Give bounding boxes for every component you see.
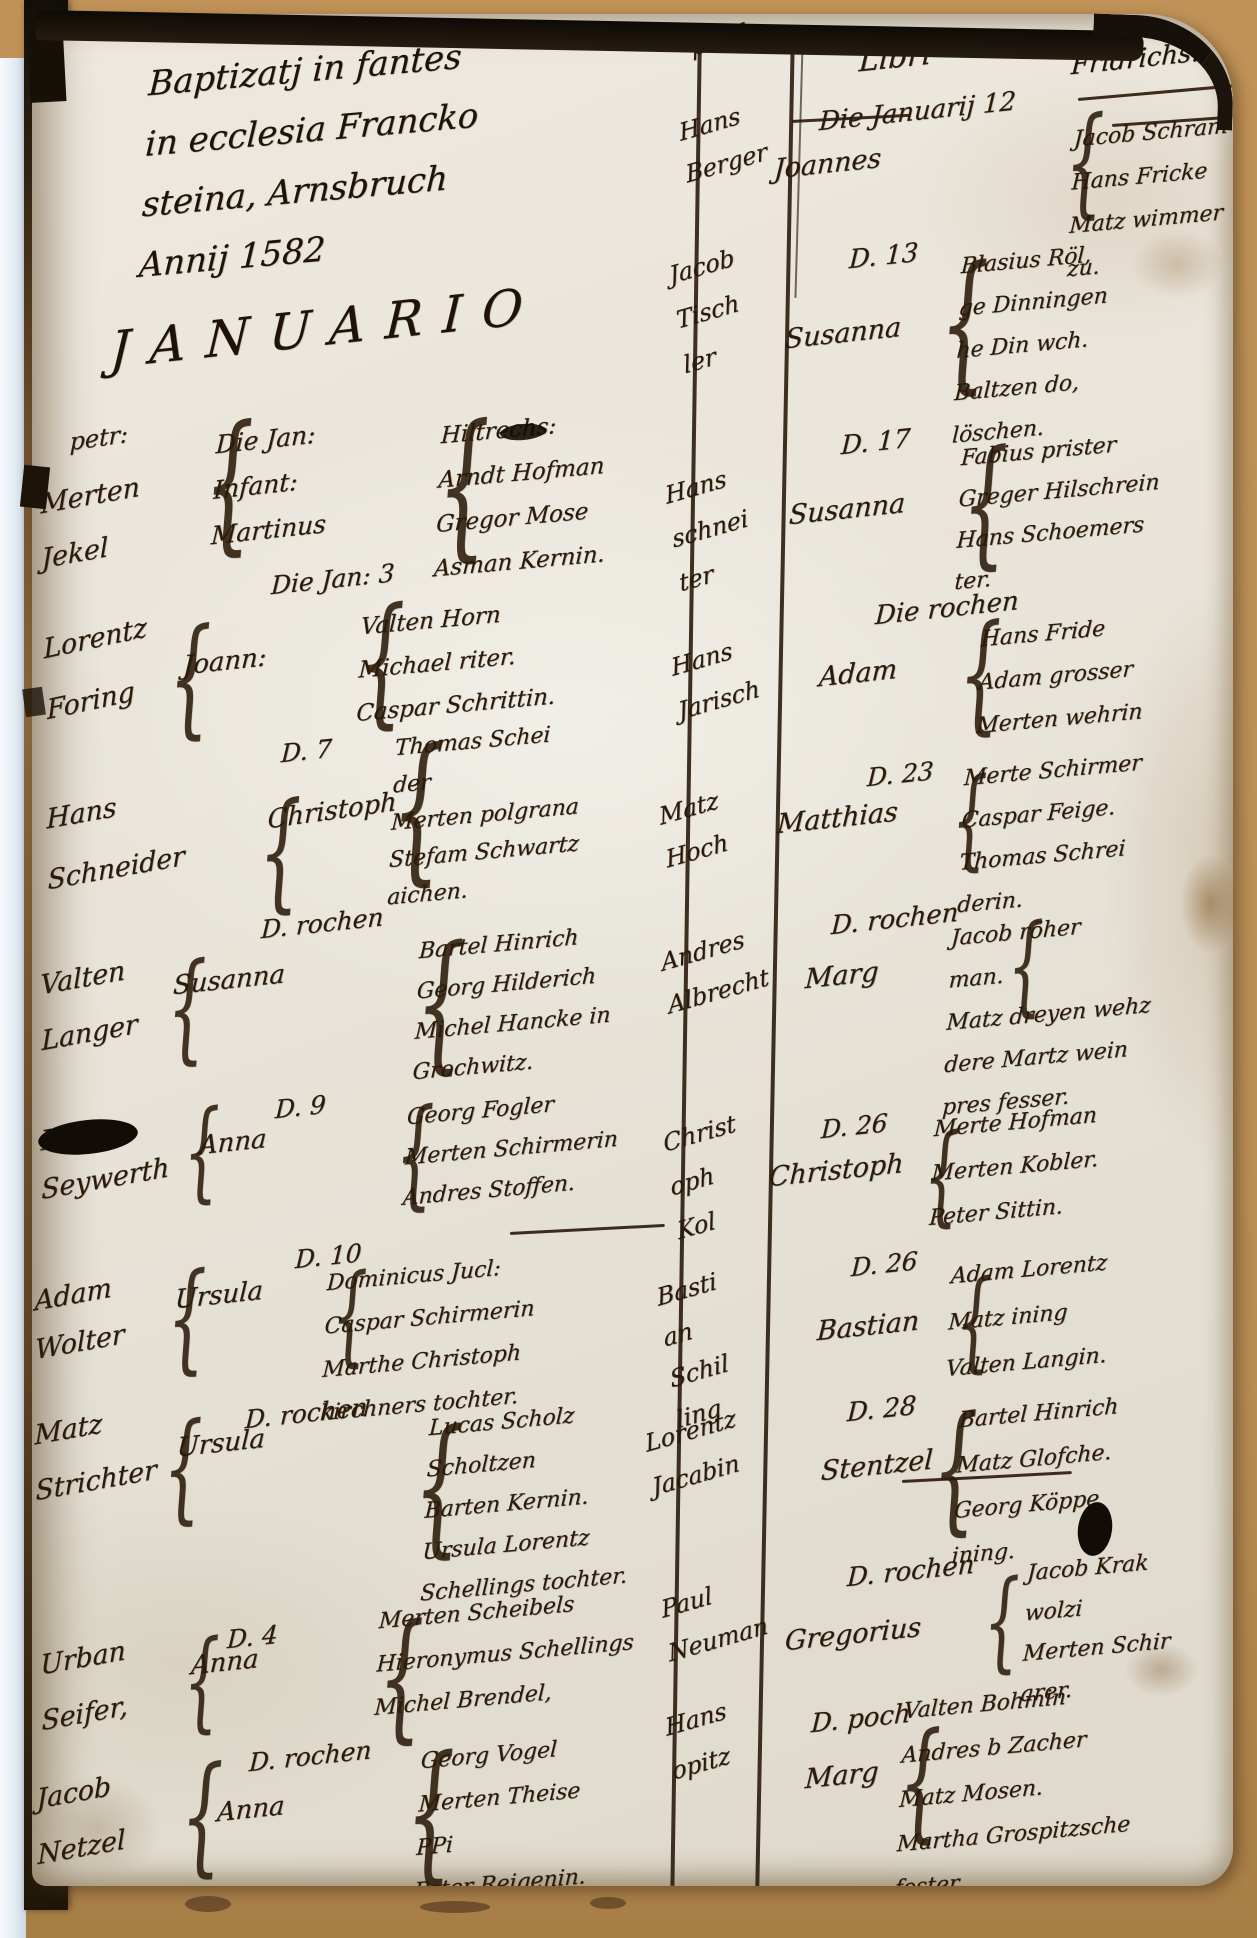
- middle-name: Jacob Tisch ler: [666, 235, 752, 388]
- entry-child: Joann:: [182, 639, 267, 686]
- entry-father: Adam Wolter: [34, 1262, 125, 1375]
- middle-name: Hans opitz: [662, 1689, 736, 1794]
- entry-margin-label: petr:: [69, 417, 128, 460]
- middle-name: Christ oph Kol: [660, 1101, 753, 1253]
- edge-nick: [22, 687, 46, 718]
- entry-witnesses: Adam Lorentz Matz ining Valten Langin.: [945, 1240, 1113, 1393]
- entry-child: Die Jan: Infant: Martinus: [210, 410, 332, 559]
- entry-witnesses: Hans Fride Adam grosser Merten wehrin: [975, 603, 1148, 748]
- middle-name: Hans schnei ter: [662, 452, 758, 605]
- entry-child: Gregorius: [784, 1608, 922, 1662]
- entry-date: D. 9: [274, 1087, 327, 1129]
- entry-child: Anna: [216, 1788, 285, 1833]
- entry-child: Anna: [190, 1641, 259, 1686]
- entry-child: Anna: [198, 1121, 267, 1166]
- entry-date: Die Januarij 12: [818, 83, 1017, 142]
- entry-child: Marg: [804, 952, 880, 999]
- edge-spot: [590, 1897, 626, 1909]
- entry-witnesses: Georg Fogler Merten Schirmerin Andres St…: [402, 1079, 621, 1219]
- entry-date: D. 13: [848, 235, 919, 280]
- entry-child: Stentzel: [820, 1440, 934, 1491]
- entry-date: D. rochen: [830, 895, 959, 946]
- entry-child: Susanna: [788, 484, 906, 536]
- entry-father: Hans Seywerth: [40, 1095, 170, 1215]
- edge-spot: [420, 1901, 490, 1913]
- entry-child: Matthias: [776, 792, 899, 844]
- middle-name: Hans Berger: [676, 89, 770, 196]
- entry-father: Jacob Netzel: [36, 1756, 126, 1883]
- entry-date: D. 7: [280, 731, 333, 773]
- background-paper-strip: [0, 58, 26, 1938]
- entry-witnesses: Valten Bohmin Andres b Zacher Matz Mosen…: [893, 1670, 1138, 1886]
- entry-date: D. rochen: [846, 1547, 975, 1598]
- middle-name: Matz Hoch: [656, 778, 731, 881]
- entry-father: Matz Strichter: [34, 1387, 157, 1520]
- edge-spot: [185, 1896, 231, 1912]
- page-corner-dark-edge: [1090, 14, 1236, 131]
- underline-stroke: [510, 1224, 665, 1235]
- entry-witnesses: Merte Hofman Merten Kobler. Peter Sittin…: [928, 1093, 1102, 1241]
- page-heading: Baptizatj in fantes in ecclesia Francko …: [137, 25, 483, 296]
- middle-name: Lorentz Jacabin: [642, 1396, 746, 1509]
- entry-father: Urban Seifer,: [40, 1623, 128, 1750]
- entry-date: D. 23: [866, 753, 934, 797]
- entry-child: Ursula: [176, 1421, 266, 1468]
- entry-child: Susanna: [784, 308, 902, 360]
- manuscript-page: Baptizatj in fantes in ecclesia Francko …: [32, 14, 1233, 1886]
- entry-date: D. 28: [846, 1388, 917, 1433]
- entry-witnesses: Georg Vogel Merten Theise PPi Peter Reig…: [413, 1725, 594, 1886]
- middle-name: Hans Jarisch: [668, 623, 763, 734]
- entry-child: Bastian: [816, 1301, 920, 1351]
- entry-child: Marg: [804, 1752, 880, 1799]
- entry-father: Merten Jekel: [40, 461, 141, 588]
- scanned-register-photo: { "document": { "heading": "Baptizatj in…: [0, 0, 1257, 1938]
- entry-witnesses: Bartel Hinrich Georg Hilderich Michel Ha…: [412, 915, 616, 1093]
- brace-icon: {: [982, 1566, 1023, 1677]
- entry-child: Adam: [818, 650, 898, 698]
- entry-child: Ursula: [174, 1273, 264, 1320]
- entry-witnesses: Merten Scheibels Hieronymus Schellings M…: [373, 1578, 637, 1731]
- entry-date: D. 26: [820, 1105, 888, 1149]
- entry-father: Hans Schneider: [46, 766, 185, 912]
- stain: [1180, 854, 1233, 954]
- entry-witnesses: Fabius prister Greger Hilschrein Hans Sc…: [953, 420, 1162, 603]
- entry-date: D. rochen: [248, 1732, 372, 1782]
- entry-father: Valten Langer: [40, 941, 138, 1069]
- entry-date: D. 17: [840, 421, 911, 466]
- entry-father: Lorentz Foring: [42, 598, 152, 741]
- entry-child: Christoph: [768, 1144, 905, 1198]
- edge-nick: [20, 465, 50, 509]
- middle-name: Andres Albrecht: [658, 913, 772, 1027]
- entry-witnesses: Merte Schirmer Caspar Feige. Thomas Schr…: [956, 742, 1143, 927]
- entry-date: D. 26: [850, 1243, 918, 1287]
- entry-witnesses: Jacob röher man. Matz dreyen wehz dere M…: [941, 900, 1156, 1130]
- entry-witnesses: Valten Horn Michael riter. Caspar Schrit…: [355, 589, 561, 736]
- entry-witnesses: Thomas Schei der Merten polgrana Stefam …: [386, 713, 586, 916]
